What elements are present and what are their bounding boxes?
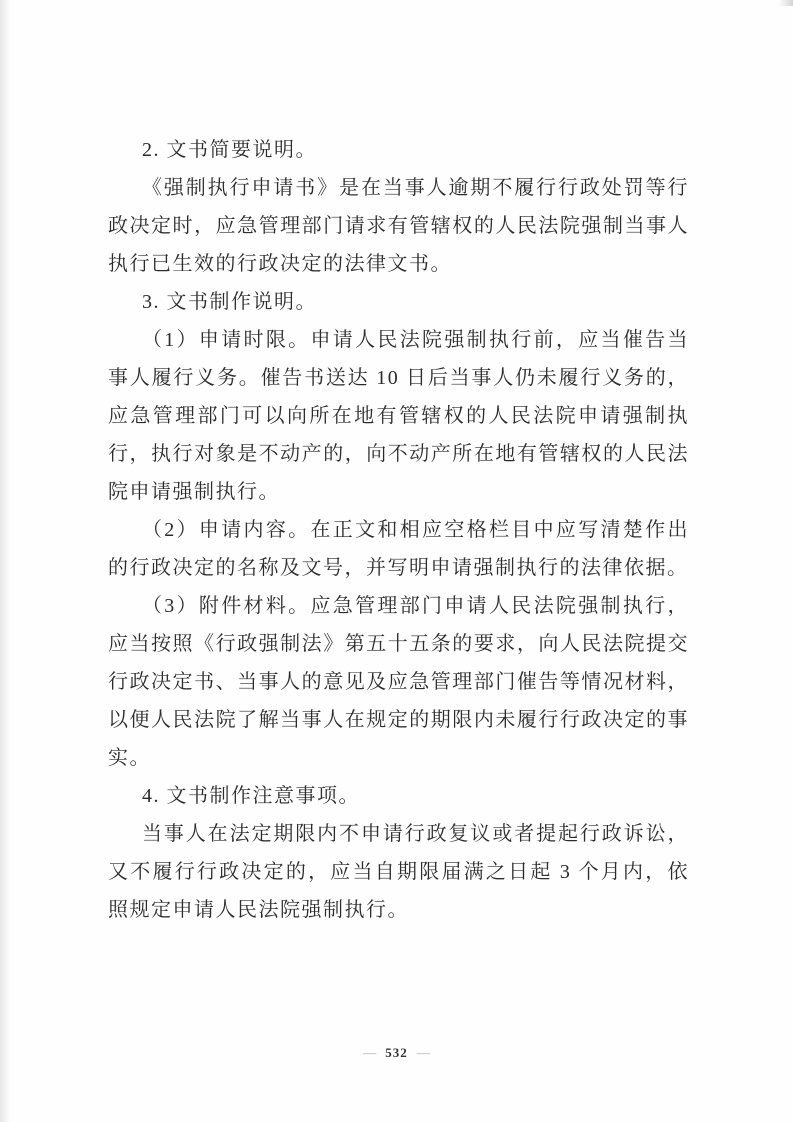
item-3-sub-1-application-time-limit: （1）申请时限。申请人民法院强制执行前，应当催告当事人履行义务。催告书送达 10… bbox=[108, 321, 689, 511]
item-3-sub-2-application-content: （2）申请内容。在正文和相应空格栏目中应写清楚作出的行政决定的名称及文号，并写明… bbox=[108, 511, 689, 587]
item-2-description: 《强制执行申请书》是在当事人逾期不履行行政处罚等行政决定时，应急管理部门请求有管… bbox=[108, 169, 689, 283]
item-3-sub-3-attachment-materials: （3）附件材料。应急管理部门申请人民法院强制执行，应当按照《行政强制法》第五十五… bbox=[108, 587, 689, 777]
document-page: 2. 文书简要说明。 《强制执行申请书》是在当事人逾期不履行行政处罚等行政决定时… bbox=[0, 0, 793, 1122]
top-right-scan-artifact bbox=[779, 0, 793, 6]
item-4-heading: 4. 文书制作注意事项。 bbox=[108, 777, 689, 815]
item-4-description: 当事人在法定期限内不申请行政复议或者提起行政诉讼，又不履行行政决定的，应当自期限… bbox=[108, 815, 689, 929]
left-scan-edge-artifact bbox=[0, 0, 10, 1122]
document-body: 2. 文书简要说明。 《强制执行申请书》是在当事人逾期不履行行政处罚等行政决定时… bbox=[108, 131, 689, 929]
item-2-heading: 2. 文书简要说明。 bbox=[108, 131, 689, 169]
item-3-heading: 3. 文书制作说明。 bbox=[108, 283, 689, 321]
page-footer: —532— bbox=[0, 1044, 793, 1062]
footer-left-dash: — bbox=[363, 1045, 376, 1060]
footer-right-dash: — bbox=[417, 1045, 430, 1060]
page-number: 532 bbox=[385, 1045, 408, 1060]
